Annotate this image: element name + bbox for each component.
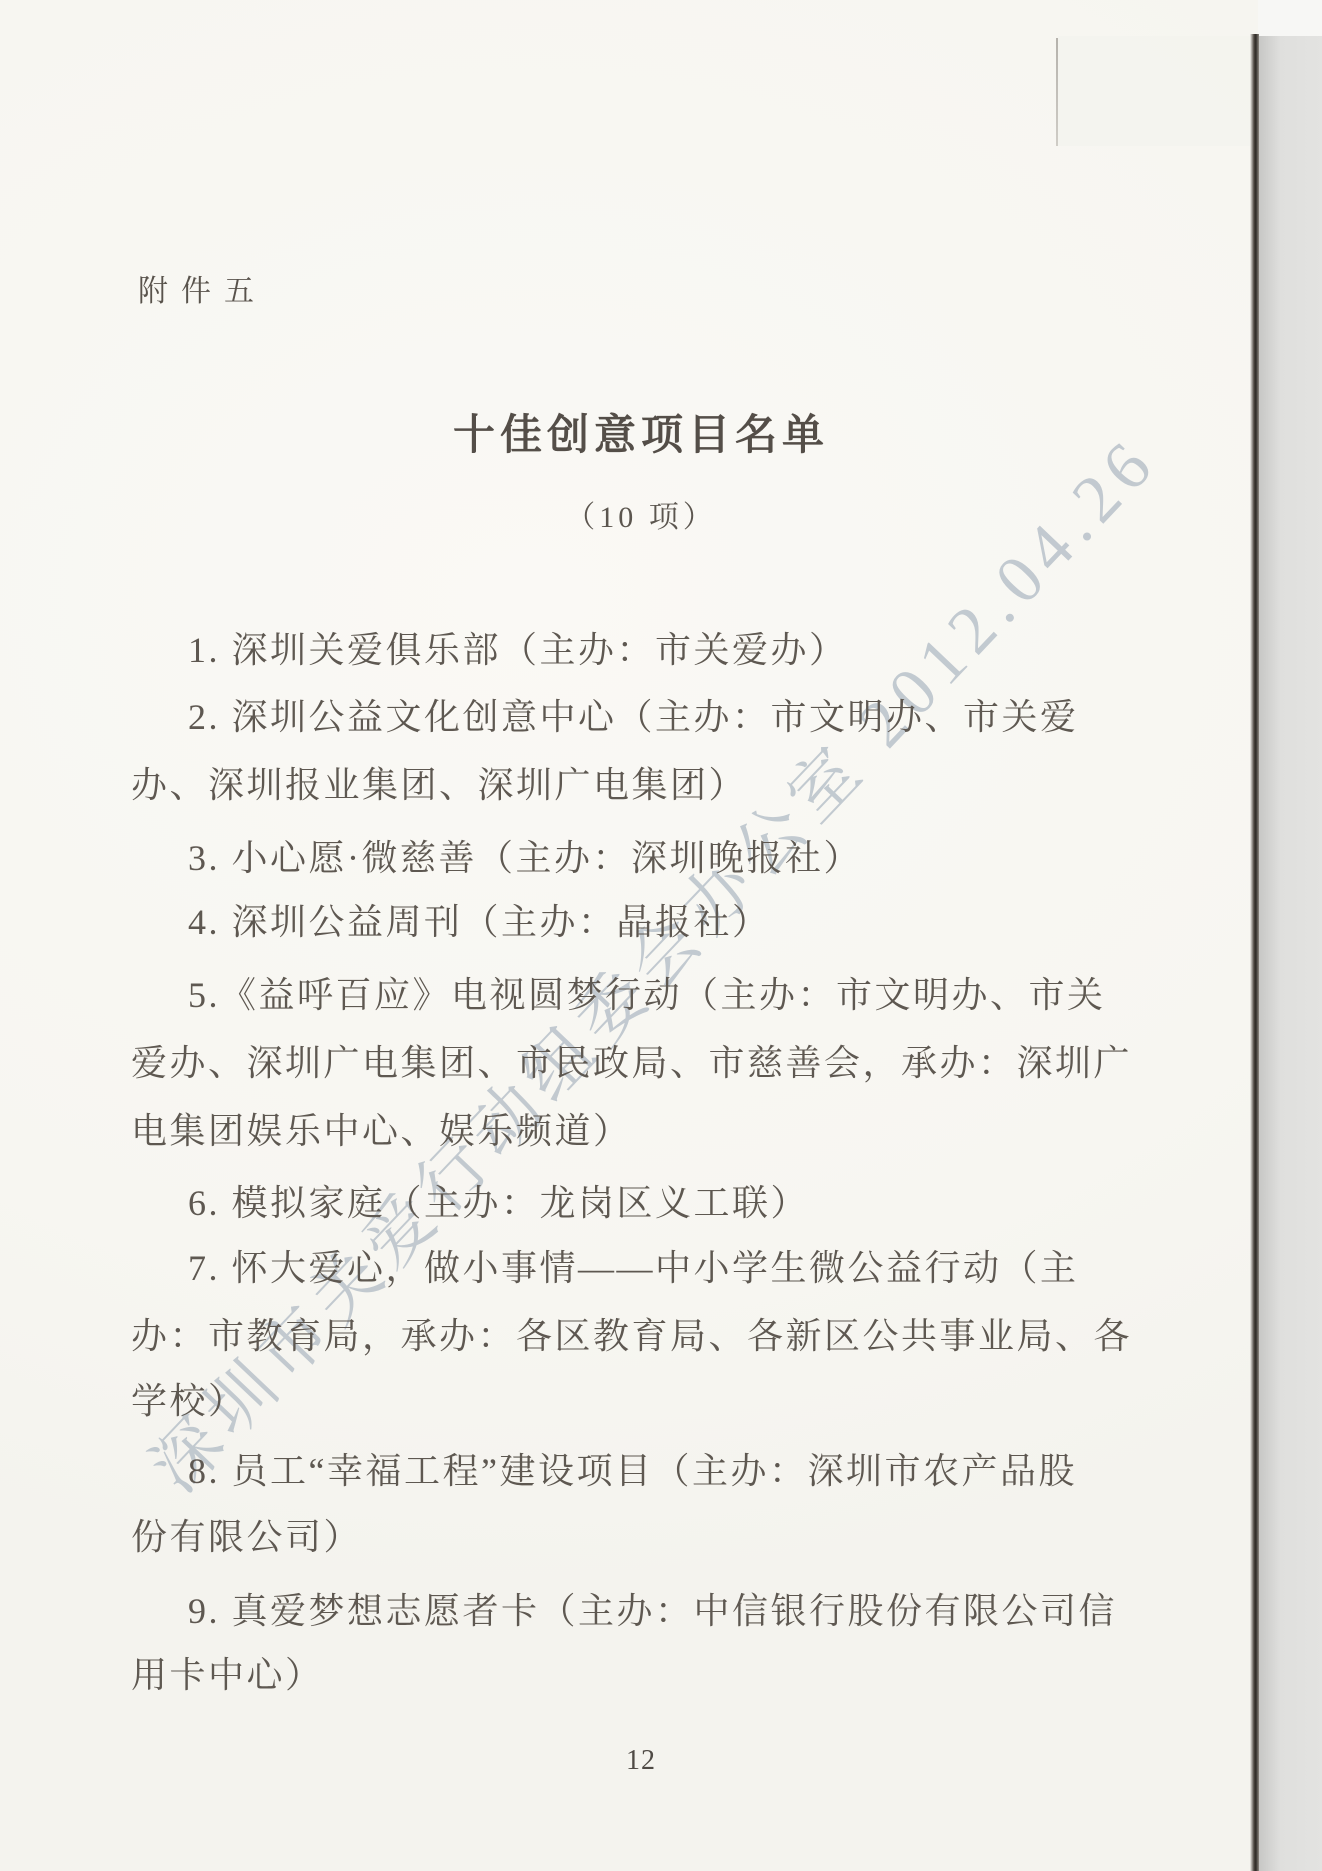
item-7-line-2: 办：市教育局，承办：各区教育局、各新区公共事业局、各 [131,1311,1161,1361]
item-7-line-1: 7. 怀大爱心，做小事情——中小学生微公益行动（主 [131,1243,1218,1293]
item-4-line-1: 4. 深圳公益周刊（主办：晶报社） [131,897,1218,947]
item-9-line-1: 9. 真爱梦想志愿者卡（主办：中信银行股份有限公司信 [131,1586,1218,1636]
page-title: 十佳创意项目名单 [131,402,1151,462]
item-1-line-1: 1. 深圳关爱俱乐部（主办：市关爱办） [131,625,1218,675]
document-content: 附件五 十佳创意项目名单 （10 项） 1. 深圳关爱俱乐部（主办：市关爱办） … [0,0,1258,1871]
item-7-line-3: 学校） [131,1376,1161,1426]
item-2-line-2: 办、深圳报业集团、深圳广电集团） [131,760,1161,810]
item-2-line-1: 2. 深圳公益文化创意中心（主办：市文明办、市关爱 [131,692,1218,742]
item-5-line-1: 5.《益呼百应》电视圆梦行动（主办：市文明办、市关 [131,970,1218,1020]
item-5-line-3: 电集团娱乐中心、娱乐频道） [131,1106,1161,1156]
scanner-background-strip [1258,36,1322,1871]
item-6-line-1: 6. 模拟家庭（主办：龙岗区义工联） [131,1178,1218,1228]
item-3-line-1: 3. 小心愿·微慈善（主办：深圳晚报社） [131,833,1218,883]
item-9-line-2: 用卡中心） [131,1650,1161,1700]
page-subtitle: （10 项） [131,492,1151,536]
item-8-line-2: 份有限公司） [131,1512,1161,1562]
item-8-line-1: 8. 员工“幸福工程”建设项目（主办：深圳市农产品股 [131,1446,1218,1496]
page-number: 12 [131,1745,1151,1777]
item-5-line-2: 爱办、深圳广电集团、市民政局、市慈善会，承办：深圳广 [131,1038,1161,1088]
attachment-label: 附件五 [138,266,267,310]
